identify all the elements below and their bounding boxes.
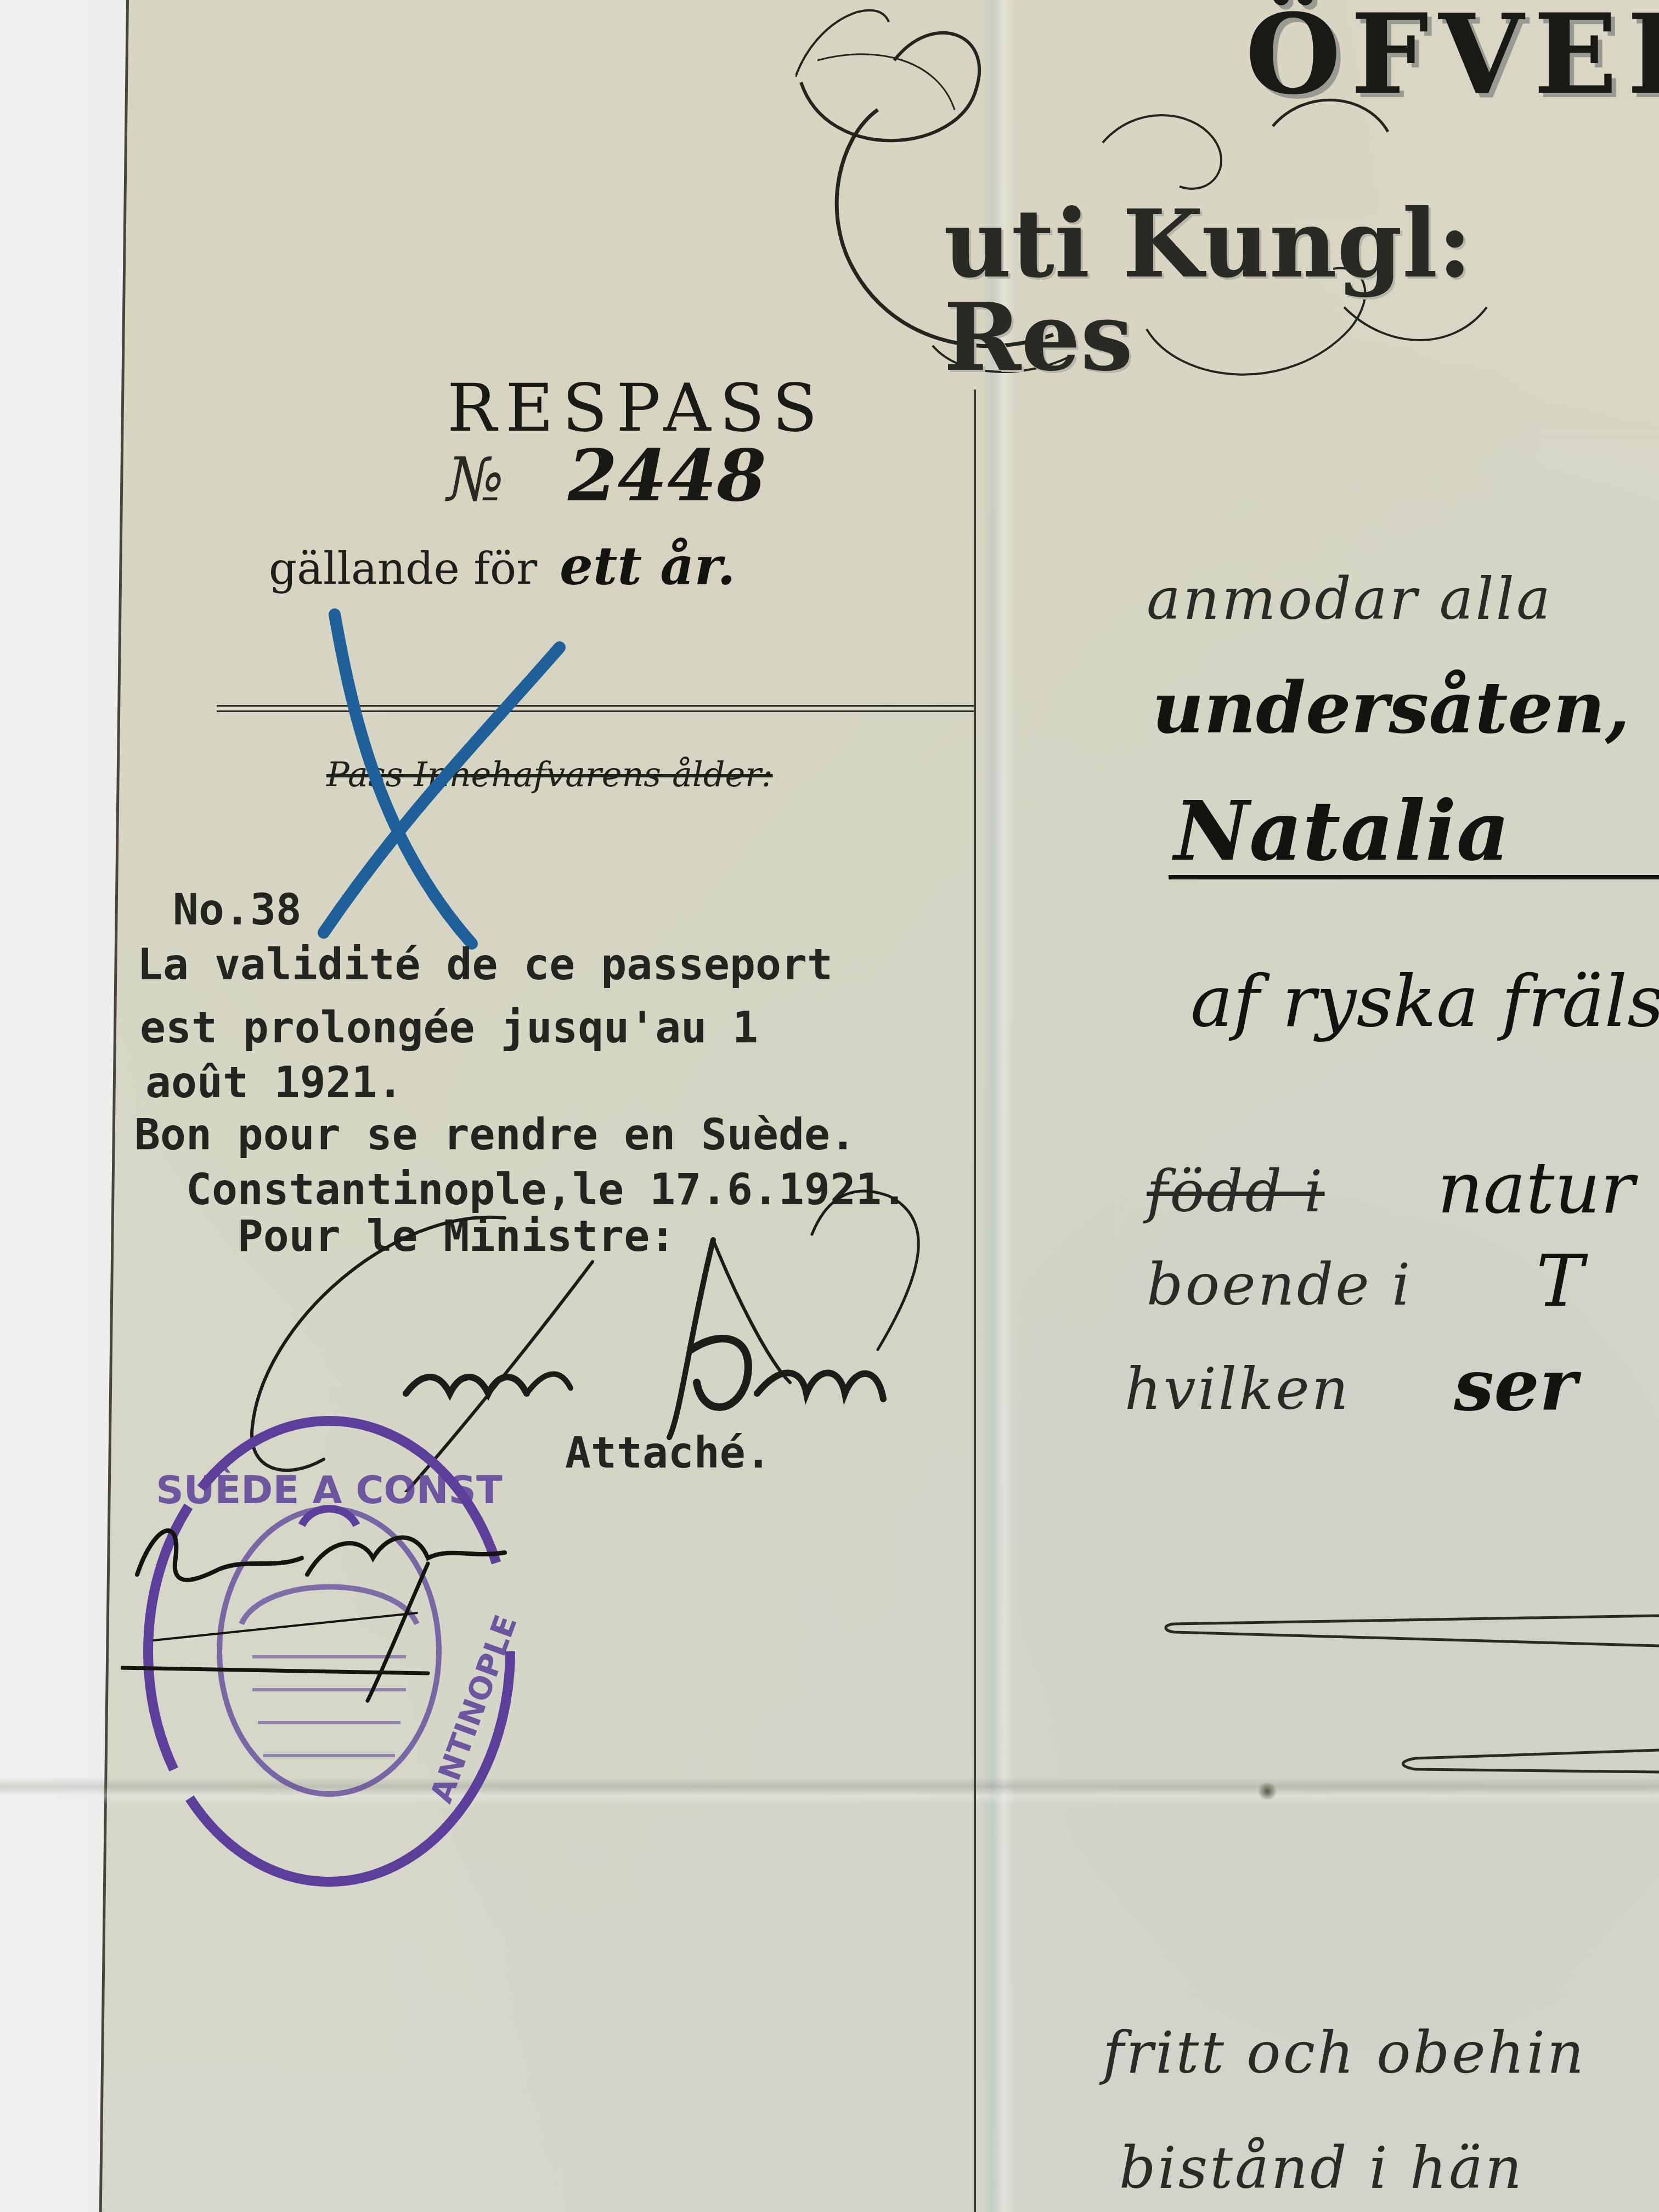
printed-hvilken: hvilken <box>1125 1361 1351 1418</box>
printed-fritt-och: fritt och obehin <box>1103 2024 1586 2081</box>
extension-line-4: Bon pour se rendre en Suède. <box>134 1114 856 1156</box>
handwritten-residence: T <box>1536 1245 1584 1317</box>
signatory-title: Attaché. <box>565 1432 771 1475</box>
printed-residing-in: boende i <box>1147 1256 1412 1313</box>
handwritten-travel: ser <box>1454 1350 1577 1421</box>
printed-born-in-struck: född i <box>1147 1163 1325 1220</box>
handwritten-status: af ryska fräls <box>1190 966 1659 1037</box>
extension-line-3: août 1921. <box>145 1062 403 1104</box>
blank-line-swashes <box>1152 1591 1659 1920</box>
handwritten-holder-name: Natalia <box>1174 790 1510 872</box>
printed-text-anmodar: anmodar alla <box>1147 571 1553 628</box>
holder-name-underline <box>1169 875 1659 879</box>
printed-bistand: bistånd i hän <box>1119 2140 1524 2197</box>
validity-label: gällande för <box>269 543 537 594</box>
legation-stamp: SUÈDE A CONST ANTINOPLE <box>121 1393 560 1887</box>
validity-value: ett år. <box>560 535 736 597</box>
document-subtitle: uti Kungl: Res <box>944 198 1659 384</box>
extension-line-1: La validité de ce passeport <box>137 944 833 986</box>
svg-text:SUÈDE A CONST: SUÈDE A CONST <box>156 1468 503 1513</box>
passport-number: 2448 <box>568 433 766 517</box>
extension-line-2: est prolongée jusqu'au 1 <box>140 1007 758 1049</box>
passport-number-label: № <box>447 444 504 515</box>
document-title: ÖFVER <box>1245 0 1659 110</box>
extension-ref: No.38 <box>173 889 302 932</box>
handwritten-undersaten: undersåten, <box>1152 672 1630 743</box>
handwritten-nationality: natur <box>1437 1152 1634 1223</box>
blue-pencil-cross-mark <box>296 603 571 955</box>
